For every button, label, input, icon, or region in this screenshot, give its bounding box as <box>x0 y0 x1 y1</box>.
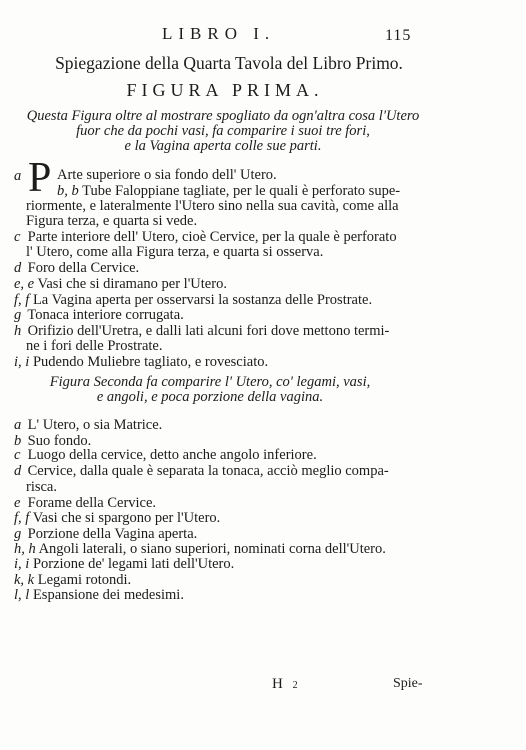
legend-key: g <box>14 308 24 324</box>
legend-text: Legami rotondi. <box>38 572 131 588</box>
legend-entry: i, i Porzione de' legami lati dell'Utero… <box>14 557 434 573</box>
legend-entry: f, f Vasi che si spargono per l'Utero. <box>14 511 434 527</box>
caption-line: fuor che da pochi vasi, fa comparire i s… <box>0 124 486 139</box>
legend-key: a <box>14 418 24 434</box>
legend-continuation: l' Utero, come alla Figura terza, e quar… <box>26 245 446 261</box>
legend-key: c <box>14 448 24 464</box>
caption-line: Questa Figura oltre al mostrare spogliat… <box>0 109 486 124</box>
legend-text: Porzione della Vagina aperta. <box>28 526 198 542</box>
legend-text: Vasi che si diramano per l'Utero. <box>38 276 227 292</box>
legend-key: h <box>14 324 24 340</box>
caption-line: e angoli, e poca porzione della vagina. <box>0 390 473 405</box>
legend-entry: l, l Espansione dei medesimi. <box>14 588 434 604</box>
running-title: LIBRO I. <box>162 24 275 44</box>
legend-text: Angoli laterali, o siano superiori, nomi… <box>39 541 386 557</box>
caption-line: e la Vagina aperta colle sue parti. <box>0 139 486 154</box>
legend-entry: d Cervice, dalla quale è separata la ton… <box>14 464 434 480</box>
legend-text: Pudendo Muliebre tagliato, e rovesciato. <box>33 354 268 370</box>
signature-mark: H 2 <box>272 676 301 693</box>
legend-text: Foro della Cervice. <box>28 260 140 276</box>
legend-text: La Vagina aperta per osservarsi la sosta… <box>33 292 372 308</box>
legend-entry: Arte superiore o sia fondo dell' Utero. <box>57 168 477 184</box>
section-title-text: Spiegazione della Quarta Tavola del Libr… <box>55 53 403 73</box>
legend-key: a <box>14 168 21 185</box>
legend-key: d <box>14 261 24 277</box>
legend-key: e, e <box>14 277 34 293</box>
legend-text: Parte interiore dell' Utero, cioè Cervic… <box>28 229 397 245</box>
page-number: 115 <box>385 27 411 45</box>
running-foot: H 2 Spie- <box>0 676 526 696</box>
legend-text: risca. <box>26 479 57 495</box>
legend-entry: e, e Vasi che si diramano per l'Utero. <box>14 277 434 293</box>
legend-continuation: risca. <box>26 480 446 496</box>
legend-key: c <box>14 230 24 246</box>
section-title: Spiegazione della Quarta Tavola del Libr… <box>0 53 526 74</box>
signature-letter: H <box>272 676 286 692</box>
legend-key: i, i <box>14 355 29 371</box>
legend-text: Orifizio dell'Uretra, e dalli lati alcun… <box>28 323 390 339</box>
legend-entry: a L' Utero, o sia Matrice. <box>14 418 434 434</box>
legend-key: d <box>14 464 24 480</box>
legend-text: Vasi che si spargono per l'Utero. <box>33 510 221 526</box>
caption-line: Figura Seconda fa comparire l' Utero, co… <box>0 375 473 390</box>
legend-key: l, l <box>14 588 29 604</box>
legend-key: f, f <box>14 511 29 527</box>
figure-two-caption: Figura Seconda fa comparire l' Utero, co… <box>0 375 526 405</box>
legend-text: Forame della Cervice. <box>28 495 156 511</box>
legend-text: Tube Faloppiane tagliate, per le quali è… <box>82 183 400 199</box>
legend-continuation: ne i fori delle Prostrate. <box>26 339 446 355</box>
legend-entry: d Foro della Cervice. <box>14 261 434 277</box>
legend-text: Espansione dei medesimi. <box>33 587 184 603</box>
legend-text: Luogo della cervice, detto anche angolo … <box>28 447 317 463</box>
running-head: LIBRO I. 115 <box>0 24 526 48</box>
catchword: Spie- <box>393 676 423 692</box>
legend-text: Cervice, dalla quale è separata la tonac… <box>28 463 389 479</box>
legend-text: Figura terza, e quarta si vede. <box>26 213 197 229</box>
drop-cap: P <box>28 161 51 195</box>
legend-text: Arte superiore o sia fondo dell' Utero. <box>57 167 277 183</box>
legend-entry: g Tonaca interiore corrugata. <box>14 308 434 324</box>
figure-one-heading: FIGURA PRIMA. <box>0 80 526 101</box>
legend-key: i, i <box>14 557 29 573</box>
legend-text: Porzione de' legami lati dell'Utero. <box>33 556 234 572</box>
book-page: LIBRO I. 115 Spiegazione della Quarta Ta… <box>0 0 526 750</box>
legend-text: L' Utero, o sia Matrice. <box>28 417 163 433</box>
legend-entry: c Luogo della cervice, detto anche angol… <box>14 448 434 464</box>
legend-text: l' Utero, come alla Figura terza, e quar… <box>26 244 323 260</box>
legend-entry: i, i Pudendo Muliebre tagliato, e rovesc… <box>14 355 434 371</box>
legend-text: ne i fori delle Prostrate. <box>26 338 163 354</box>
legend-text: Tonaca interiore corrugata. <box>27 307 183 323</box>
figure-one-heading-text: FIGURA PRIMA. <box>126 80 323 100</box>
legend-text: riormente, e lateralmente l'Utero sino n… <box>26 198 399 214</box>
signature-number: 2 <box>293 680 301 691</box>
figure-one-caption: Questa Figura oltre al mostrare spogliat… <box>0 109 526 154</box>
legend-continuation: Figura terza, e quarta si vede. <box>26 214 446 230</box>
